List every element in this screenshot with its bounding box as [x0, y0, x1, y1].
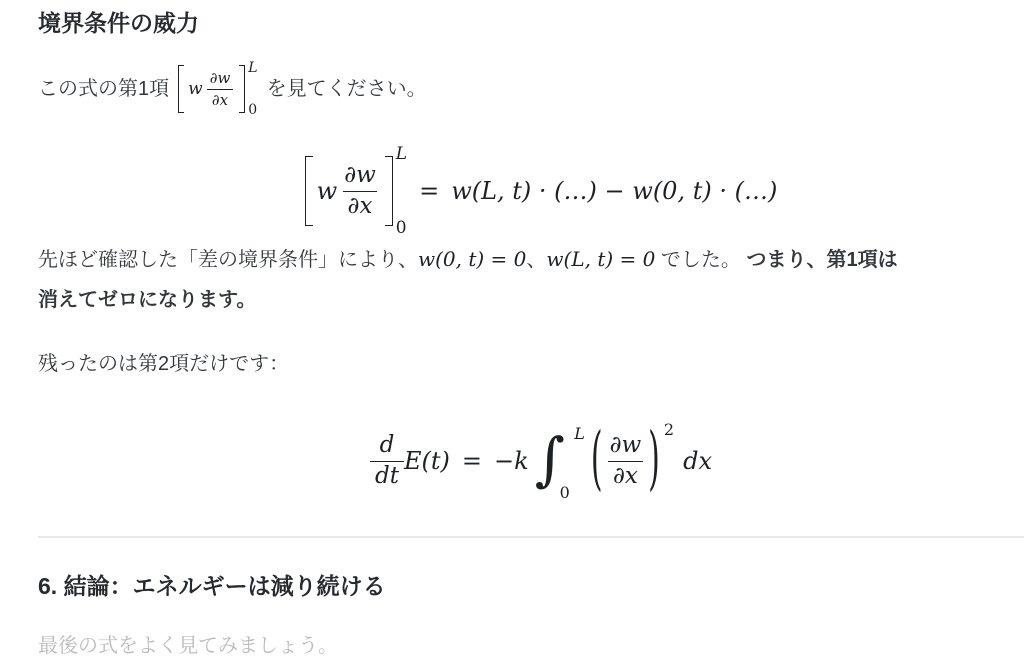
energy-function: E(t) — [404, 447, 450, 475]
section-heading-conclusion: 6. 結論：エネルギーは減り続ける — [38, 572, 386, 602]
paragraph-remaining-term: 残ったのは第2項だけです： — [38, 350, 289, 378]
bold-text-segment: 消えてゼロになります。 — [38, 289, 256, 311]
lower-limit: 0 — [396, 218, 407, 238]
math-var-w: w — [317, 177, 338, 205]
fraction: ∂w ∂x — [339, 163, 381, 220]
fraction-denominator: ∂x — [608, 461, 643, 490]
integral-upper-limit: L — [574, 424, 585, 443]
document-page: 境界条件の威力 この式の第1項 w ∂w ∂x L 0 を見てください。 w ∂… — [0, 0, 1024, 660]
horizontal-rule — [38, 536, 1024, 538]
fraction-numerator: ∂w — [605, 433, 647, 461]
fraction-numerator: ∂w — [339, 163, 381, 191]
upper-limit: L — [396, 144, 407, 164]
left-bracket-glyph — [178, 65, 184, 113]
inline-math-wL: w(L, t) = 0 — [546, 247, 655, 271]
equation-rhs: w(L, t) · (…) − w(0, t) · (…) — [451, 177, 777, 205]
left-bracket-glyph — [305, 156, 313, 226]
bold-text-segment: つまり、第1項は — [747, 249, 898, 271]
bracket-limits: L 0 — [248, 60, 257, 118]
coefficient-minus-k: −k — [494, 447, 529, 475]
section-heading-boundary-power: 境界条件の威力 — [38, 9, 199, 39]
fraction-numerator: ∂w — [205, 70, 236, 89]
fraction-denominator: dt — [370, 461, 404, 490]
inline-fraction: ∂w ∂x — [205, 70, 236, 109]
right-bracket-glyph — [385, 156, 393, 226]
display-equation-boundary-term: w ∂w ∂x L 0 = w(L, t) · (…) − w(0, t) · … — [38, 142, 1024, 240]
equals-sign: = — [419, 177, 439, 205]
big-close-paren: ) — [648, 427, 660, 496]
text-segment: 先ほど確認した「差の境界条件」により、 — [38, 249, 418, 271]
equation-lhs: w ∂w ∂x L 0 — [305, 156, 407, 226]
paragraph-boundary-conditions: 先ほど確認した「差の境界条件」により、w(0, t) = 0、w(L, t) =… — [38, 239, 898, 320]
intro-text-after: を見てください。 — [267, 72, 427, 101]
integral-with-limits: ∫ L 0 — [533, 428, 589, 494]
fraction-numerator: d — [375, 433, 400, 461]
big-open-paren: ( — [591, 427, 603, 496]
right-bracket-glyph — [239, 65, 245, 113]
lower-limit: 0 — [248, 102, 257, 118]
upper-limit: L — [248, 60, 257, 76]
bracket-limits: L 0 — [396, 144, 407, 238]
ddt-fraction: d dt — [370, 433, 404, 490]
equals-sign: = — [462, 447, 482, 475]
text-segment: 、 — [526, 249, 546, 271]
dwdx-fraction: ∂w ∂x — [605, 433, 647, 490]
display-equation-energy-decay: d dt E(t) = −k ∫ L 0 ( ∂w ∂x ) 2 dx — [38, 414, 1024, 508]
differential-dx: dx — [683, 447, 712, 475]
text-segment: でした。 — [655, 249, 746, 271]
intro-text-before: この式の第1項 — [38, 72, 169, 101]
paragraph-final-clipped: 最後の式をよく見てみましょう。 — [38, 632, 338, 660]
inline-math-w0: w(0, t) = 0 — [418, 247, 526, 271]
fraction-denominator: ∂x — [207, 89, 233, 109]
inline-math-boundary-term: w ∂w ∂x L 0 — [178, 65, 257, 113]
integral-lower-limit: 0 — [560, 483, 570, 502]
paragraph-intro: この式の第1項 w ∂w ∂x L 0 を見てください。 — [38, 56, 427, 116]
fraction-denominator: ∂x — [343, 191, 378, 220]
math-var-w: w — [188, 79, 203, 99]
exponent-two: 2 — [664, 420, 674, 439]
